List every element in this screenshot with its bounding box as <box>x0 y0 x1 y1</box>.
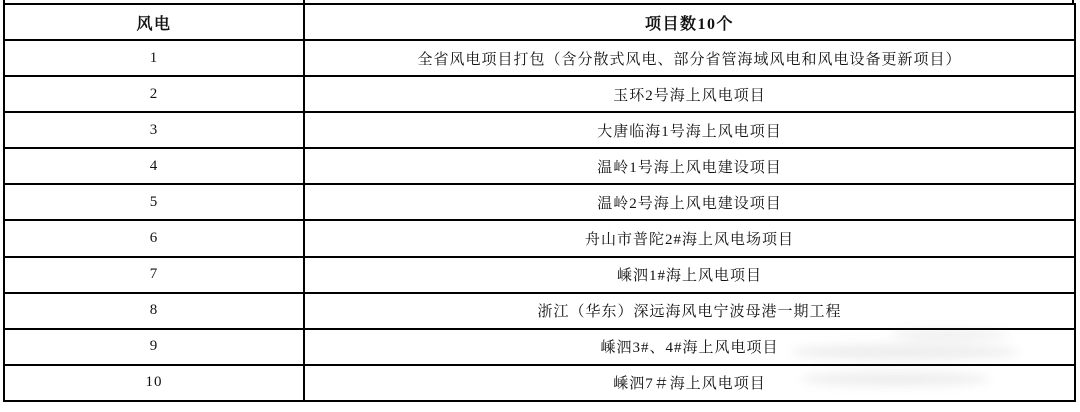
row-number: 3 <box>4 112 304 148</box>
project-name: 大唐临海1号海上风电项目 <box>304 112 1075 148</box>
table-row: 1 全省风电项目打包（含分散式风电、部分省管海域风电和风电设备更新项目） <box>4 40 1075 76</box>
table-row: 10 嵊泗7＃海上风电项目 <box>4 365 1075 401</box>
row-number: 7 <box>4 257 304 293</box>
table-header-row: 风电 项目数10个 <box>4 4 1075 40</box>
project-name: 嵊泗3#、4#海上风电项目 <box>304 329 1075 365</box>
row-number: 9 <box>4 329 304 365</box>
wind-projects-table: 风电 项目数10个 1 全省风电项目打包（含分散式风电、部分省管海域风电和风电设… <box>3 3 1076 402</box>
project-name: 舟山市普陀2#海上风电场项目 <box>304 220 1075 256</box>
row-number: 6 <box>4 220 304 256</box>
document-page: 风电 项目数10个 1 全省风电项目打包（含分散式风电、部分省管海域风电和风电设… <box>0 0 1080 412</box>
table-row: 8 浙江（华东）深远海风电宁波母港一期工程 <box>4 293 1075 329</box>
row-number: 4 <box>4 148 304 184</box>
project-name: 嵊泗1#海上风电项目 <box>304 257 1075 293</box>
row-number: 8 <box>4 293 304 329</box>
table-row: 3 大唐临海1号海上风电项目 <box>4 112 1075 148</box>
table-row: 4 温岭1号海上风电建设项目 <box>4 148 1075 184</box>
project-name: 温岭2号海上风电建设项目 <box>304 184 1075 220</box>
project-name: 浙江（华东）深远海风电宁波母港一期工程 <box>304 293 1075 329</box>
row-number: 5 <box>4 184 304 220</box>
project-name: 温岭1号海上风电建设项目 <box>304 148 1075 184</box>
row-number: 10 <box>4 365 304 401</box>
row-number: 2 <box>4 76 304 112</box>
row-number: 1 <box>4 40 304 76</box>
table-row: 2 玉环2号海上风电项目 <box>4 76 1075 112</box>
header-category: 风电 <box>4 4 304 40</box>
table-row: 7 嵊泗1#海上风电项目 <box>4 257 1075 293</box>
table-row: 6 舟山市普陀2#海上风电场项目 <box>4 220 1075 256</box>
header-project-count: 项目数10个 <box>304 4 1075 40</box>
project-name: 嵊泗7＃海上风电项目 <box>304 365 1075 401</box>
project-name: 玉环2号海上风电项目 <box>304 76 1075 112</box>
table-row: 9 嵊泗3#、4#海上风电项目 <box>4 329 1075 365</box>
project-name: 全省风电项目打包（含分散式风电、部分省管海域风电和风电设备更新项目） <box>304 40 1075 76</box>
table-row: 5 温岭2号海上风电建设项目 <box>4 184 1075 220</box>
